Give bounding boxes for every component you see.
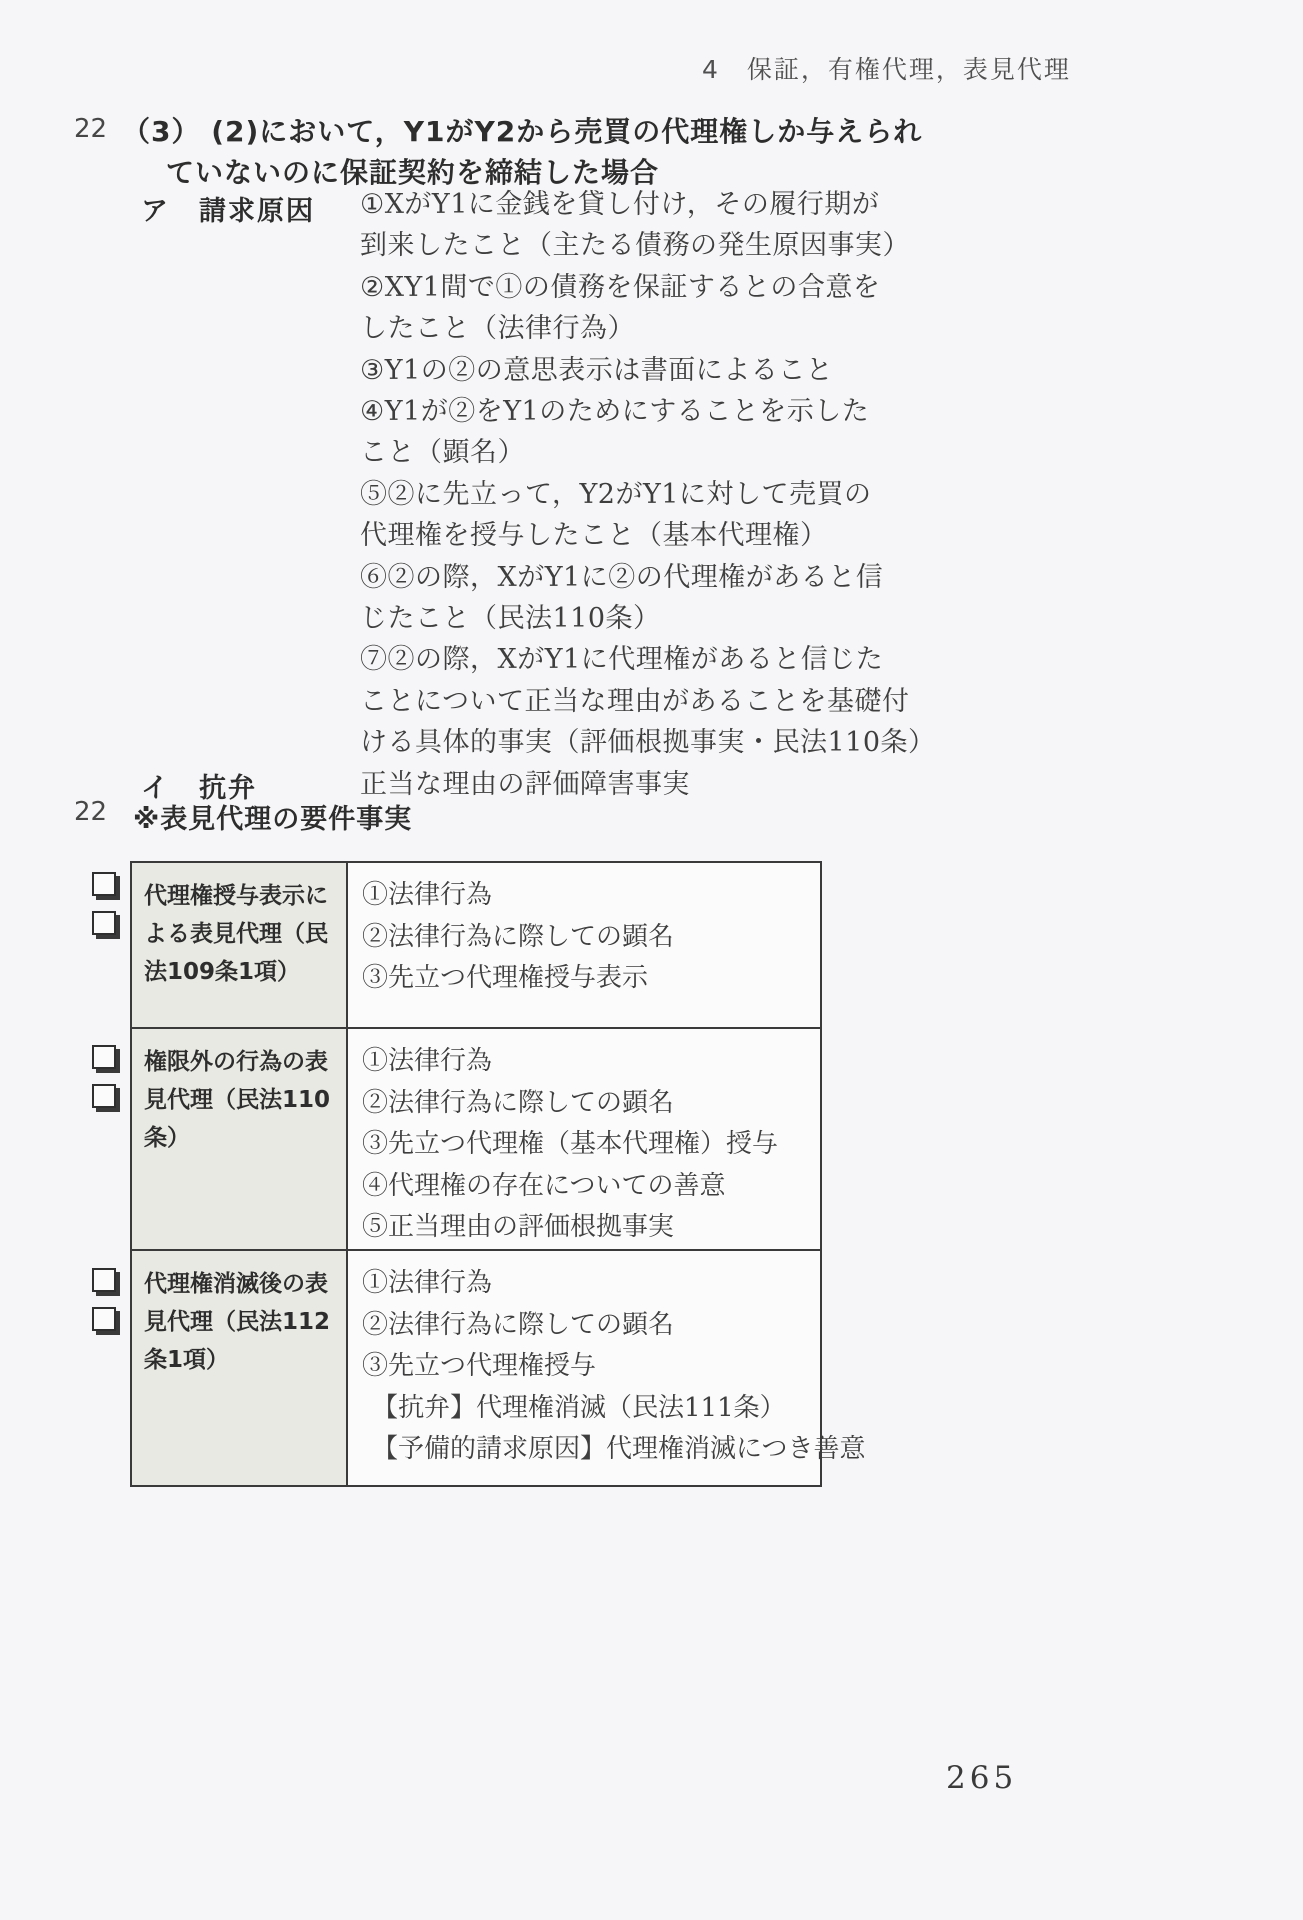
checkbox-group-row2 [92, 1045, 116, 1108]
requirement-item: ①法律行為 [362, 1263, 865, 1305]
checkbox-icon [92, 1307, 116, 1331]
checkbox-icon [92, 1045, 116, 1069]
claim-line: ④Y1が②をY1のためにすることを示した [360, 391, 1050, 432]
table-row-items: ①法律行為 ②法律行為に際しての顕名 ③先立つ代理権授与表示 [348, 863, 820, 1027]
requirement-item: ③先立つ代理権授与 [362, 1346, 865, 1388]
checkbox-icon [92, 872, 116, 896]
table-row-title: 権限外の行為の表見代理（民法110条） [132, 1029, 348, 1249]
claim-line: ⑤②に先立って，Y2がY1に対して売買の [360, 474, 1050, 515]
requirement-item: ①法律行為 [362, 1041, 806, 1083]
margin-number-bottom: 22 [74, 797, 107, 827]
claim-line: ⑥②の際，XがY1に②の代理権があると信 [360, 557, 1050, 598]
claim-line: 到来したこと（主たる債務の発生原因事実） [360, 225, 1050, 266]
book-page: 4 保証，有権代理，表見代理 22 22 （3） (2)において，Y1がY2から… [0, 0, 1303, 1920]
requirement-item: 【抗弁】代理権消滅（民法111条） [362, 1388, 865, 1430]
section-heading-line1: （3） (2)において，Y1がY2から売買の代理権しか与えられ [122, 110, 922, 150]
table-row: 代理権消滅後の表見代理（民法112条1項） ①法律行為 ②法律行為に際しての顕名… [132, 1251, 820, 1485]
checkbox-group-row3 [92, 1268, 116, 1331]
requirement-item: ③先立つ代理権授与表示 [362, 958, 806, 1000]
table-row: 権限外の行為の表見代理（民法110条） ①法律行為 ②法律行為に際しての顕名 ③… [132, 1029, 820, 1251]
checkbox-icon [92, 911, 116, 935]
claim-line: したこと（法律行為） [360, 308, 1050, 349]
page-number: 265 [946, 1760, 1017, 1796]
claim-line: ③Y1の②の意思表示は書面によること [360, 350, 1050, 391]
checkbox-icon [92, 1084, 116, 1108]
requirement-item: ①法律行為 [362, 875, 806, 917]
requirement-item: ④代理権の存在についての善意 [362, 1166, 806, 1208]
claim-line: ②XY1間で①の債務を保証するとの合意を [360, 267, 1050, 308]
checkbox-icon [92, 1268, 116, 1292]
claim-line: ⑦②の際，XがY1に代理権があると信じた [360, 639, 1050, 680]
claim-line: ①XがY1に金銭を貸し付け，その履行期が [360, 184, 1050, 225]
claim-elements-list: ①XがY1に金銭を貸し付け，その履行期が 到来したこと（主たる債務の発生原因事実… [360, 184, 1050, 805]
running-header: 4 保証，有権代理，表見代理 [702, 50, 1071, 86]
claim-line: じたこと（民法110条） [360, 598, 1050, 639]
defense-fact-line: 正当な理由の評価障害事実 [360, 764, 1050, 805]
table-row-title: 代理権授与表示による表見代理（民法109条1項） [132, 863, 348, 1027]
checkbox-group-row1 [92, 872, 116, 935]
table-row-items: ①法律行為 ②法律行為に際しての顕名 ③先立つ代理権（基本代理権）授与 ④代理権… [348, 1029, 820, 1249]
claim-line: 代理権を授与したこと（基本代理権） [360, 515, 1050, 556]
requirement-item: ⑤正当理由の評価根拠事実 [362, 1207, 806, 1249]
claim-line: ける具体的事実（評価根拠事実・民法110条） [360, 722, 1050, 763]
claim-line: こと（顕名） [360, 432, 1050, 473]
requirement-item: ③先立つ代理権（基本代理権）授与 [362, 1124, 806, 1166]
table-row-items: ①法律行為 ②法律行為に際しての顕名 ③先立つ代理権授与 【抗弁】代理権消滅（民… [348, 1251, 879, 1485]
apparent-agency-requirements-table: 代理権授与表示による表見代理（民法109条1項） ①法律行為 ②法律行為に際して… [130, 861, 822, 1487]
table-row: 代理権授与表示による表見代理（民法109条1項） ①法律行為 ②法律行為に際して… [132, 863, 820, 1029]
label-claim-cause: ア 請求原因 [141, 189, 315, 228]
requirement-item: ②法律行為に際しての顕名 [362, 1083, 806, 1125]
table-row-title: 代理権消滅後の表見代理（民法112条1項） [132, 1251, 348, 1485]
claim-line: ことについて正当な理由があることを基礎付 [360, 681, 1050, 722]
requirements-note-heading: ※表見代理の要件事実 [133, 797, 412, 836]
requirement-item: ②法律行為に際しての顕名 [362, 1305, 865, 1347]
requirement-item: ②法律行為に際しての顕名 [362, 917, 806, 959]
requirement-item: 【予備的請求原因】代理権消滅につき善意 [362, 1429, 865, 1471]
margin-number-top: 22 [74, 114, 107, 144]
